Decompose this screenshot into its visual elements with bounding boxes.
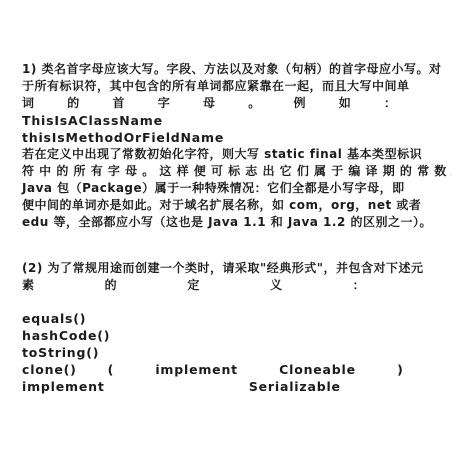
- code-method-list: equals() hashCode() toString() clone() (…: [22, 310, 436, 395]
- paragraph-classic-form: (2) 为了常规用途而创建一个类时，请采取"经典形式"，并包含对下述元 素 的 …: [22, 260, 436, 294]
- code-line-clone: clone() ( implement Cloneable ): [22, 361, 436, 378]
- text-line: Java 包（Package）属于一种特殊情况：它们全都是小写字母，即: [22, 180, 436, 197]
- text-line: 若在定义中出现了常数初始化字符，则大写 static final 基本类型标识: [22, 146, 436, 163]
- code-line-equals: equals(): [22, 310, 436, 327]
- code-line-tostring: toString(): [22, 344, 436, 361]
- text-line: 便中间的单词亦是如此。对于域名扩展名称，如 com，org，net 或者: [22, 197, 436, 214]
- document-page: 1) 类名首字母应该大写。字段、方法以及对象（句柄）的首字母应小写。对 于所有标…: [22, 61, 436, 395]
- code-example-class-name: ThisIsAClassName: [22, 112, 436, 129]
- text-line: (2) 为了常规用途而创建一个类时，请采取"经典形式"，并包含对下述元: [22, 260, 436, 277]
- text-line: edu 等，全部都应小写（这也是 Java 1.1 和 Java 1.2 的区别…: [22, 214, 436, 231]
- text-line-justified: 词 的 首 字 母 。 例 如 ：: [22, 95, 436, 112]
- code-example-method-name: thisIsMethodOrFieldName: [22, 129, 436, 146]
- text-line: 于所有标识符，其中包含的所有单词都应紧靠在一起，而且大写中间单: [22, 78, 436, 95]
- text-line-justified: 符 中 的 所 有 字 母 。 这 样 便 可 标 志 出 它 们 属 于 编 …: [22, 163, 436, 180]
- code-line-hashcode: hashCode(): [22, 327, 436, 344]
- code-line-implement-serializable: implement Serializable: [22, 378, 436, 395]
- text-line-justified: 素 的 定 义 ：: [22, 277, 436, 294]
- paragraph-naming-rules: 1) 类名首字母应该大写。字段、方法以及对象（句柄）的首字母应小写。对 于所有标…: [22, 61, 436, 231]
- text-line: 1) 类名首字母应该大写。字段、方法以及对象（句柄）的首字母应小写。对: [22, 61, 436, 78]
